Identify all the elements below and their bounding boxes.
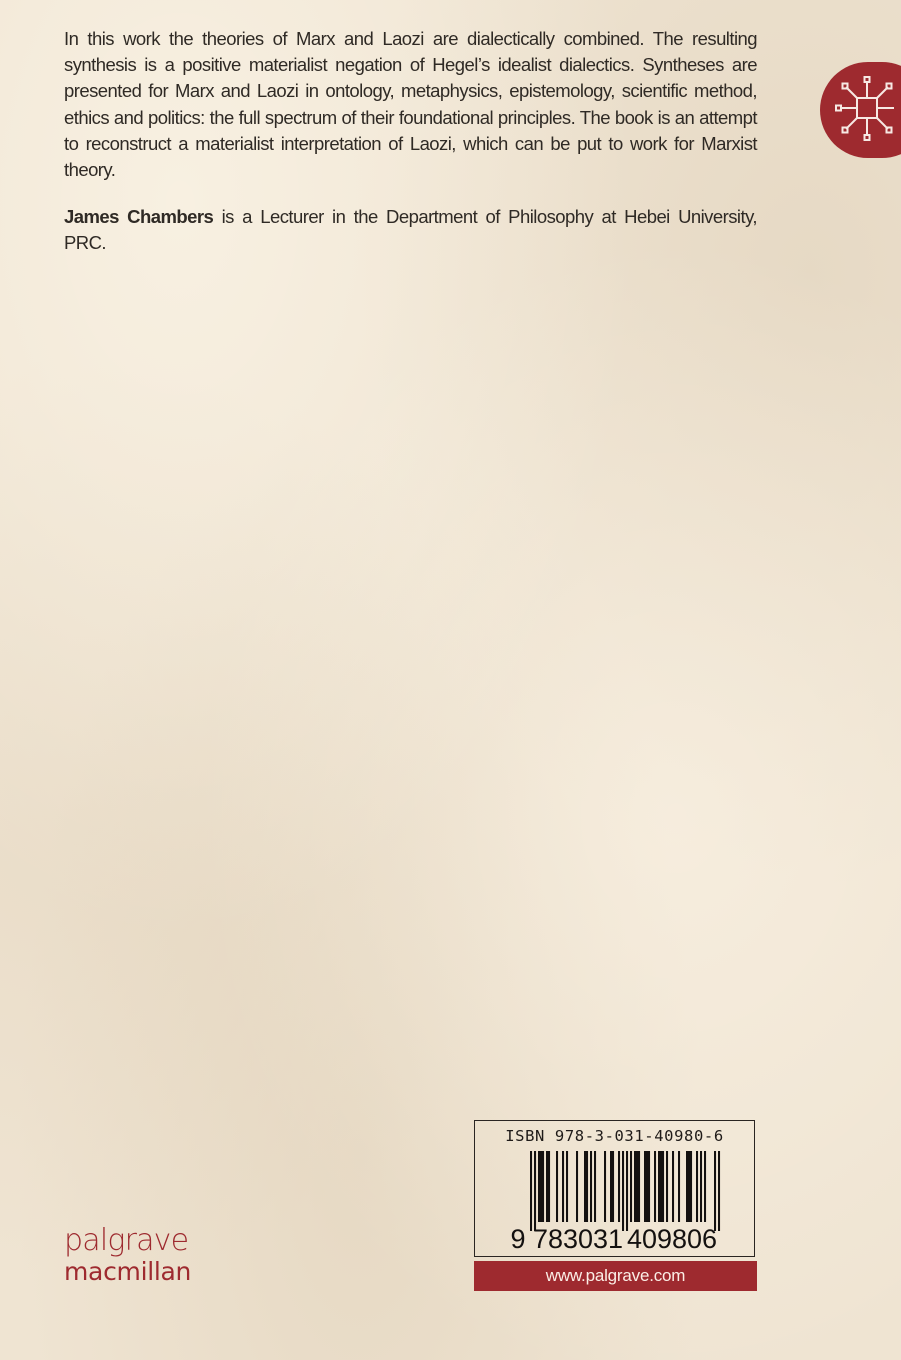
svg-text:409806: 409806 [627,1224,717,1254]
svg-text:783031: 783031 [533,1224,623,1254]
series-badge [820,62,901,158]
publisher-logo: palgrave macmillan [64,1226,191,1288]
circuit-node-icon [834,70,901,150]
svg-text:9: 9 [510,1224,525,1254]
publisher-url[interactable]: www.palgrave.com [474,1261,757,1291]
logo-palgrave: palgrave [64,1226,191,1256]
barcode: 9783031409806 [475,1121,756,1258]
logo-macmillan: macmillan [64,1256,191,1288]
isbn-barcode-box: ISBN 978-3-031-40980-6 9783031409806 [474,1120,755,1257]
back-cover-text: In this work the theories of Marx and La… [64,26,757,278]
author-name: James Chambers [64,206,213,227]
author-bio: James Chambers is a Lecturer in the Depa… [64,204,757,256]
book-description: In this work the theories of Marx and La… [64,26,757,183]
